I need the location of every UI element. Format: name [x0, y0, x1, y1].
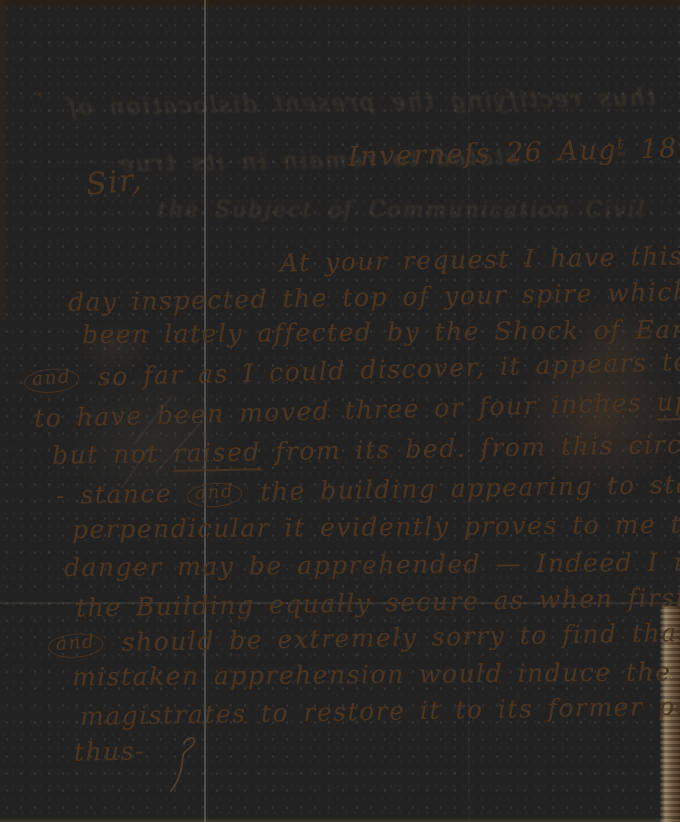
body-line-6: but not raised from its bed. from this c… — [52, 430, 680, 469]
circled-and-mark: and — [23, 366, 80, 394]
text-segment: been lately affected by the Shock of Ear… — [82, 314, 680, 349]
text-segment: upon — [656, 386, 680, 421]
body-line-12: mistaken apprehension would induce the — [72, 658, 672, 691]
body-line-14: thus- — [74, 737, 146, 766]
body-line-7: - stance and the building appearing to s… — [56, 470, 680, 509]
text-segment: should be extremely sorry to find that a… — [107, 617, 680, 657]
text-segment: Sir, — [84, 162, 144, 203]
text-segment: perpendicular it evidently proves to me … — [72, 509, 680, 544]
page-left-edge — [0, 0, 9, 320]
text-segment: magistrates to restore it to its former … — [80, 690, 680, 731]
circled-and-mark: and — [186, 481, 243, 508]
body-line-13: magistrates to restore it to its former … — [80, 691, 680, 731]
body-line-9: danger may be apprehended — Indeed I rec… — [64, 548, 680, 582]
text-segment: - stance — [56, 479, 187, 510]
text-segment: day inspected the top of your spire whic… — [68, 276, 680, 317]
body-line-8: perpendicular it evidently proves to me … — [72, 510, 680, 544]
ghost-line-1: thus rectifying the present dislocation … — [66, 85, 656, 121]
text-segment: the Building equally secure as when firs… — [76, 581, 680, 623]
text-segment: mistaken apprehension would induce the — [72, 657, 672, 691]
text-segment: to have been moved three or four inches — [34, 388, 657, 433]
text-segment: 1816 — [625, 132, 680, 165]
text-segment: but not — [52, 439, 174, 470]
body-line-3: been lately affected by the Shock of Ear… — [82, 315, 680, 349]
page-top-edge — [0, 0, 680, 10]
page-bottom-edge — [0, 817, 680, 822]
foxing-specks — [38, 92, 42, 96]
text-segment: so far as I could discover, it appears t… — [83, 346, 680, 392]
body-line-10: the Building equally secure as when firs… — [76, 582, 680, 622]
text-segment: raised — [173, 437, 261, 472]
body-line-2: day inspected the top of your spire whic… — [68, 277, 680, 316]
salutation: Sir, — [84, 163, 144, 202]
spire-doodle-drawing — [156, 734, 202, 798]
text-segment: At your request I have this — [280, 241, 680, 277]
text-segment: Inverneſs 26 Aug — [348, 135, 618, 173]
body-line-1: At your request I have this — [280, 242, 680, 277]
body-line-11: and should be extremely sorry to find th… — [48, 618, 680, 658]
text-segment: the building appearing to stand — [246, 469, 680, 506]
body-line-5: to have been moved three or four inches … — [34, 387, 680, 433]
place-date-line: Inverneſs 26 Augt 1816 — [348, 131, 680, 172]
letter-page: thus rectifying the present dislocation … — [0, 0, 680, 822]
text-segment: from its bed. from this circum- — [260, 429, 680, 466]
circled-and-mark: and — [47, 632, 104, 659]
body-line-4: and so far as I could discover, it appea… — [24, 347, 680, 393]
text-segment: thus- — [74, 736, 146, 766]
text-segment: danger may be apprehended — Indeed I rec… — [64, 547, 680, 582]
ghost-line-3: the Subject of Communication Civil — [158, 198, 646, 223]
